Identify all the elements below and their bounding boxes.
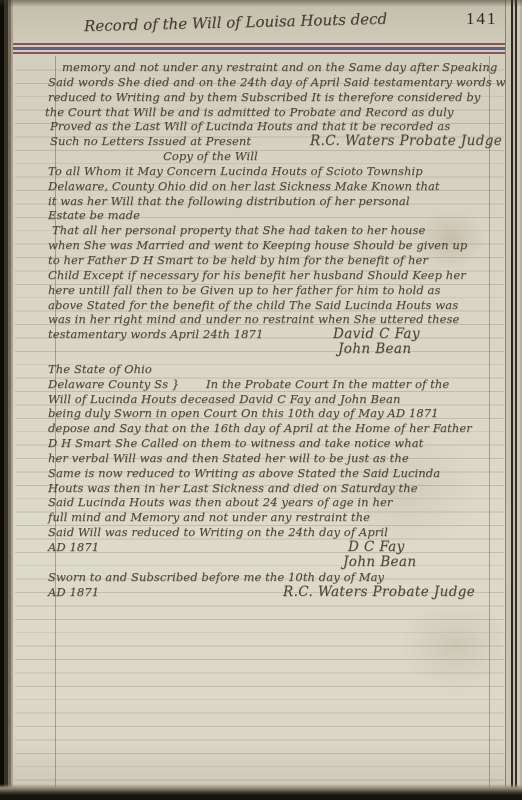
manuscript-line: Proved as the Last Will of Lucinda Houts…: [48, 119, 500, 134]
manuscript-segment: Delaware County Ss }: [48, 377, 179, 391]
manuscript-line: was in her right mind and under no restr…: [48, 312, 500, 327]
manuscript-line: to her Father D H Smart to be held by hi…: [48, 253, 500, 268]
manuscript-segment: testamentary words April 24th 1871: [48, 327, 263, 341]
manuscript-segment: Houts was then in her Last Sickness and …: [48, 481, 418, 495]
manuscript-line: Sworn to and Subscribed before me the 10…: [48, 570, 500, 585]
manuscript-line: depose and Say that on the 16th day of A…: [48, 421, 500, 436]
signature-text: David C Fay: [333, 327, 420, 341]
manuscript-segment: Proved as the Last Will of Lucinda Houts…: [50, 119, 450, 133]
manuscript-segment: full mind and Memory and not under any r…: [48, 510, 370, 524]
manuscript-segment: it was her Will that the following distr…: [48, 194, 410, 208]
manuscript-line: full mind and Memory and not under any r…: [48, 510, 500, 525]
page-header-title: Record of the Will of Louisa Houts decd: [84, 9, 424, 35]
manuscript-line: Will of Lucinda Houts deceased David C F…: [48, 392, 500, 407]
manuscript-segment: Copy of the Will: [163, 149, 258, 163]
manuscript-segment: the Court that Will be and is admitted t…: [45, 105, 454, 119]
signature-text: R.C. Waters Probate Judge: [310, 134, 502, 148]
manuscript-segment: was in her right mind and under no restr…: [48, 312, 459, 326]
signature-text: John Bean: [343, 555, 416, 569]
signature-text: D C Fay: [348, 540, 405, 554]
manuscript-line: being duly Sworn in open Court On this 1…: [48, 406, 500, 421]
paper-stain: [400, 600, 510, 690]
manuscript-line: above Stated for the benefit of the chil…: [48, 298, 500, 313]
manuscript-line: Child Except if necessary for his benefi…: [48, 268, 500, 283]
manuscript-line: Copy of the Will: [48, 149, 500, 164]
page-number: 141: [466, 9, 506, 29]
manuscript-text: memory and not under any restraint and o…: [48, 60, 500, 599]
manuscript-line: D H Smart She Called on them to witness …: [48, 436, 500, 451]
manuscript-line: To all Whom it May Concern Lucinda Houts…: [48, 164, 500, 179]
manuscript-line: John Bean: [48, 555, 500, 570]
manuscript-segment: when She was Married and went to Keeping…: [48, 238, 467, 252]
manuscript-segment: Child Except if necessary for his benefi…: [48, 268, 466, 282]
manuscript-line: Same is now reduced to Writing as above …: [48, 466, 500, 481]
manuscript-segment: memory and not under any restraint and o…: [62, 60, 497, 74]
manuscript-line: AD 1871R.C. Waters Probate Judge: [48, 585, 500, 600]
manuscript-line: Houts was then in her Last Sickness and …: [48, 481, 500, 496]
manuscript-line: The State of Ohio: [48, 362, 500, 377]
book-binding-left: [0, 0, 15, 800]
book-edge-bottom: [0, 784, 522, 800]
manuscript-line: the Court that Will be and is admitted t…: [48, 105, 500, 120]
manuscript-line: Delaware, County Ohio did on her last Si…: [48, 179, 500, 194]
manuscript-segment: AD 1871: [48, 585, 99, 599]
header-rule-band: [13, 43, 522, 54]
manuscript-line: Said Will was reduced to Writing on the …: [48, 525, 500, 540]
adjacent-page-edge: [505, 0, 522, 800]
book-edge-top: [0, 0, 522, 7]
manuscript-segment: reduced to Writing and by them Subscribe…: [48, 90, 480, 104]
manuscript-line: when She was Married and went to Keeping…: [48, 238, 500, 253]
manuscript-line: AD 1871D C Fay: [48, 540, 500, 555]
manuscript-line: memory and not under any restraint and o…: [48, 60, 500, 75]
ledger-page-photo: 141 Record of the Will of Louisa Houts d…: [0, 0, 522, 800]
manuscript-line: Said Lucinda Houts was then about 24 yea…: [48, 495, 500, 510]
manuscript-line: Such no Letters Issued at PresentR.C. Wa…: [48, 134, 500, 149]
manuscript-line: Said words She died and on the 24th day …: [48, 75, 500, 90]
manuscript-line: reduced to Writing and by them Subscribe…: [48, 90, 500, 105]
manuscript-line: her verbal Will was and then Stated her …: [48, 451, 500, 466]
manuscript-line: Estate be made: [48, 208, 500, 223]
manuscript-segment: Such no Letters Issued at Present: [50, 134, 251, 148]
manuscript-line: That all her personal property that She …: [48, 223, 500, 238]
manuscript-line: here untill fall then to be Given up to …: [48, 283, 500, 298]
manuscript-segment: To all Whom it May Concern Lucinda Houts…: [48, 164, 423, 178]
manuscript-line: it was her Will that the following distr…: [48, 194, 500, 209]
manuscript-segment: Said Will was reduced to Writing on the …: [48, 525, 388, 539]
manuscript-segment: Delaware, County Ohio did on her last Si…: [48, 179, 440, 193]
signature-text: John Bean: [338, 342, 411, 356]
manuscript-segment: The State of Ohio: [48, 362, 152, 376]
manuscript-segment: her verbal Will was and then Stated her …: [48, 451, 409, 465]
manuscript-segment: D H Smart She Called on them to witness …: [48, 436, 423, 450]
manuscript-segment: Same is now reduced to Writing as above …: [48, 466, 440, 480]
manuscript-segment: being duly Sworn in open Court On this 1…: [48, 406, 439, 420]
manuscript-segment: here untill fall then to be Given up to …: [48, 283, 441, 297]
manuscript-segment: That all her personal property that She …: [52, 223, 425, 237]
manuscript-line: Delaware County Ss }In the Probate Court…: [48, 377, 500, 392]
manuscript-segment: Estate be made: [48, 208, 140, 222]
manuscript-segment: above Stated for the benefit of the chil…: [48, 298, 458, 312]
manuscript-segment: Said words She died and on the 24th day …: [48, 75, 522, 89]
signature-text: R.C. Waters Probate Judge: [283, 585, 475, 599]
manuscript-line: John Bean: [48, 342, 500, 357]
manuscript-segment: AD 1871: [48, 540, 99, 554]
manuscript-segment: In the Probate Court In the matter of th…: [206, 377, 449, 391]
manuscript-segment: depose and Say that on the 16th day of A…: [48, 421, 472, 435]
manuscript-line: testamentary words April 24th 1871David …: [48, 327, 500, 342]
manuscript-segment: Said Lucinda Houts was then about 24 yea…: [48, 495, 392, 509]
manuscript-segment: Sworn to and Subscribed before me the 10…: [48, 570, 384, 584]
manuscript-segment: to her Father D H Smart to be held by hi…: [48, 253, 428, 267]
manuscript-segment: Will of Lucinda Houts deceased David C F…: [48, 392, 400, 406]
